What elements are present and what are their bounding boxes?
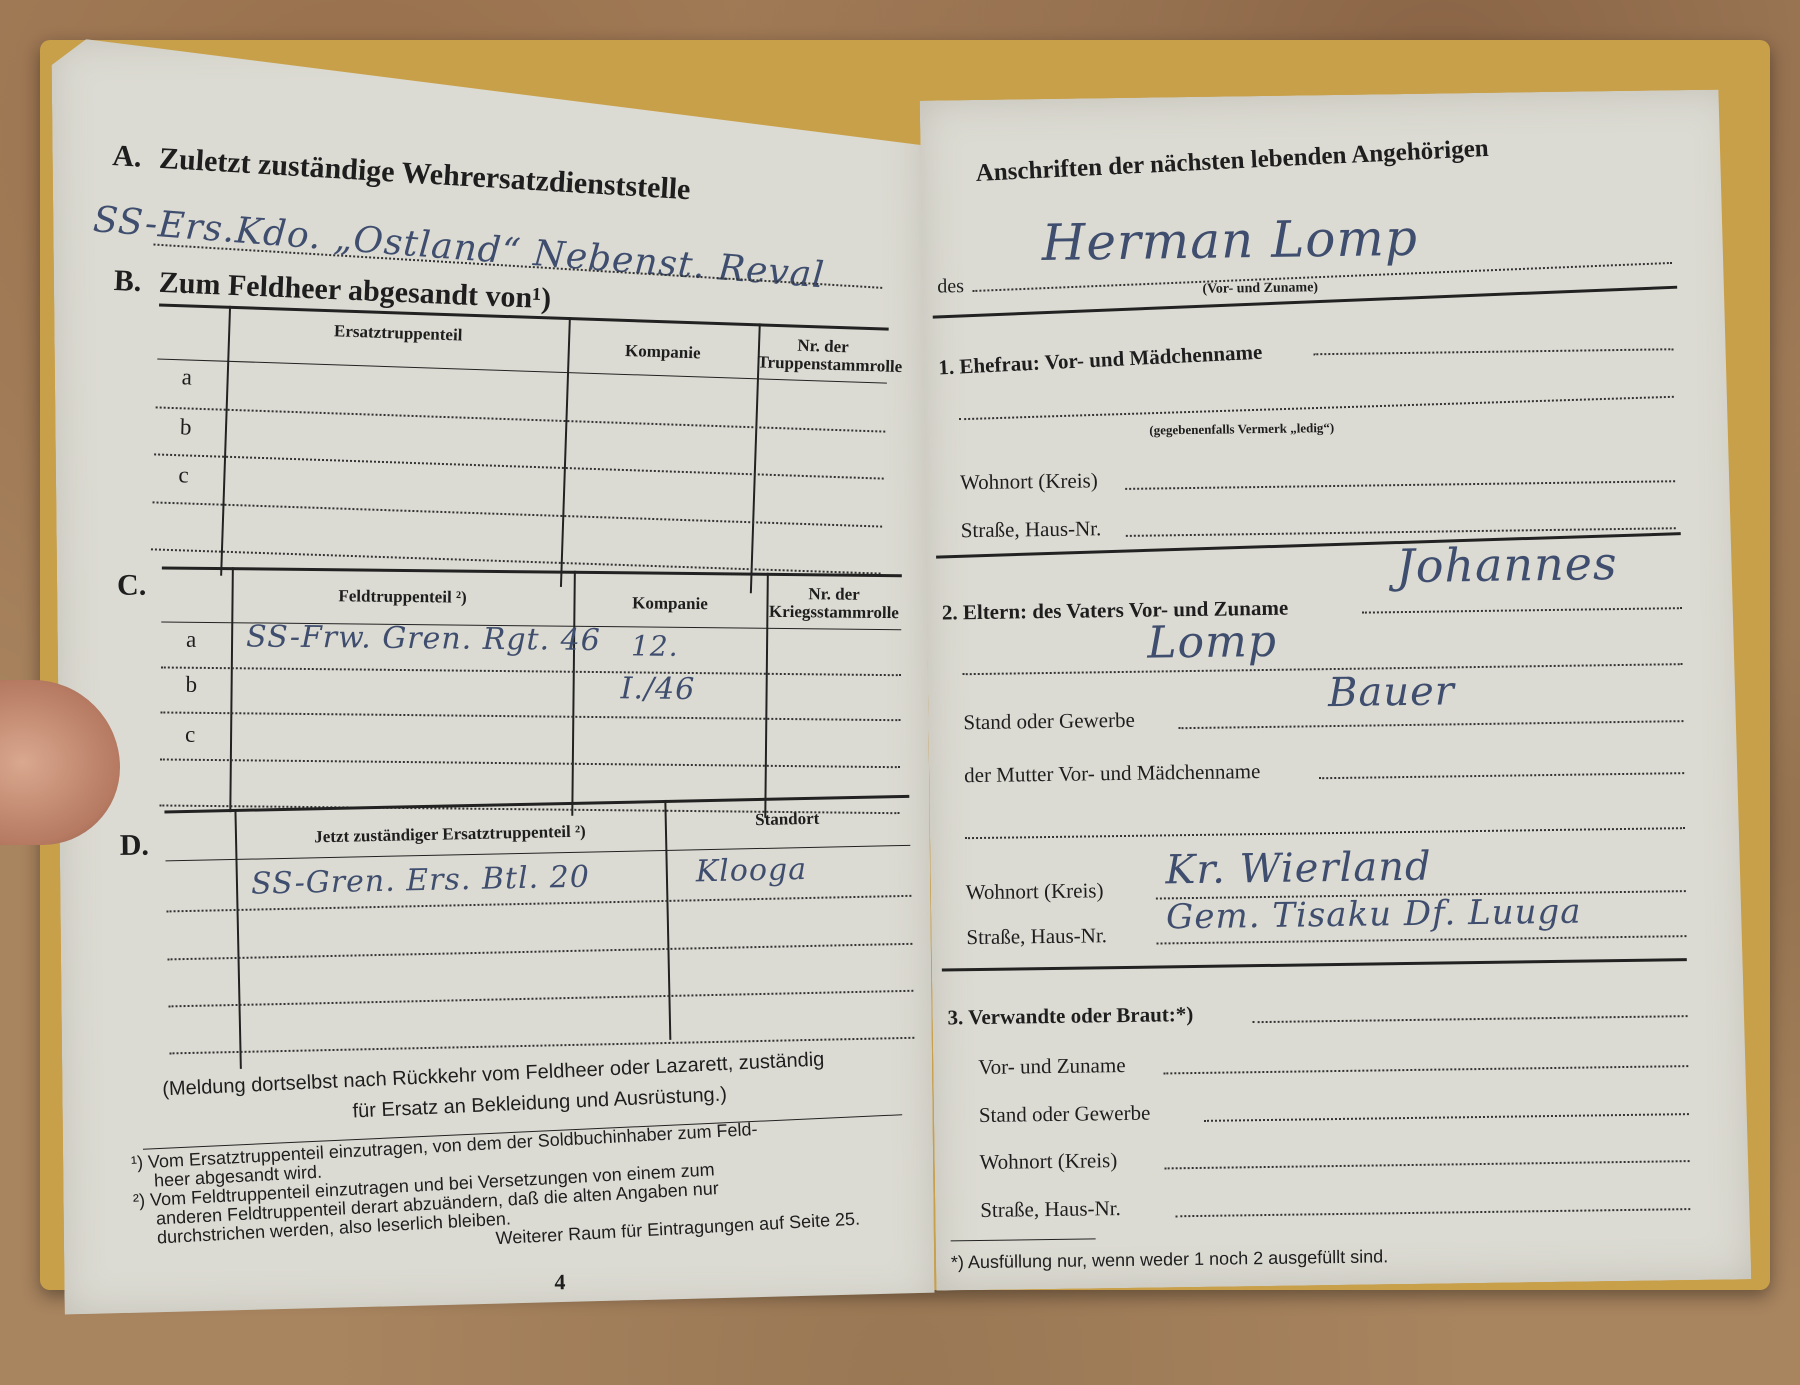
holder-name-caption: (Vor- und Zuname) xyxy=(1202,280,1318,298)
relatives-name-label: Vor- und Zuname xyxy=(978,1053,1126,1080)
col-ersatztruppenteil: Ersatztruppenteil xyxy=(228,318,568,349)
col-kriegsstammrolle: Nr. der Kriegsstammrolle xyxy=(766,585,901,622)
mother-label: der Mutter Vor- und Mädchenname xyxy=(964,759,1261,788)
footnote-rule-right xyxy=(951,1238,1096,1241)
parents-residence-label: Wohnort (Kreis) xyxy=(966,878,1104,905)
relatives-footnote: *) Ausfüllung nur, wenn weder 1 noch 2 a… xyxy=(951,1246,1389,1273)
relatives-occupation-field[interactable] xyxy=(1204,1113,1689,1122)
father-occupation-label: Stand oder Gewerbe xyxy=(963,708,1135,735)
col-kompanie: Kompanie xyxy=(567,339,758,365)
row-label-b: b xyxy=(180,414,192,440)
relatives-label: 3. Verwandte oder Braut:*) xyxy=(947,1002,1193,1030)
mother-name-field[interactable] xyxy=(1319,772,1684,779)
father-last-name[interactable]: Lomp xyxy=(1147,616,1277,669)
relatives-residence-field[interactable] xyxy=(1165,1160,1690,1169)
relatives-residence-label: Wohnort (Kreis) xyxy=(979,1148,1117,1175)
mother-name-field-2[interactable] xyxy=(965,827,1685,839)
col-truppenstammrolle: Nr. der Truppenstammrolle xyxy=(757,335,888,375)
spouse-residence-label: Wohnort (Kreis) xyxy=(960,468,1098,495)
section-c-letter: C. xyxy=(117,569,147,603)
feldtruppenteil-value-a[interactable]: SS-Frw. Gren. Rgt. 46 xyxy=(246,619,601,658)
row-label-c: c xyxy=(178,462,189,488)
father-occupation-value[interactable]: Bauer xyxy=(1328,668,1455,716)
ersatztruppenteil-value[interactable]: SS-Gren. Ers. Btl. 20 xyxy=(251,860,591,902)
father-first-name[interactable]: Johannes xyxy=(1396,536,1618,593)
section-a-letter: A. xyxy=(112,139,143,174)
parents-street-field[interactable] xyxy=(1157,935,1687,944)
row-label-c: c xyxy=(185,722,195,748)
spouse-residence-field[interactable] xyxy=(1125,480,1675,490)
row-label-a: a xyxy=(186,627,196,653)
holder-name-value[interactable]: Herman Lomp xyxy=(1041,209,1418,272)
page-4: A. Zuletzt zuständige Wehrersatzdienstst… xyxy=(51,30,934,1314)
father-name-field[interactable] xyxy=(1362,607,1682,613)
spouse-name-field-2[interactable] xyxy=(959,396,1674,420)
page-5: Anschriften der nächsten lebenden Angehö… xyxy=(920,89,1752,1290)
father-occupation-field[interactable] xyxy=(1179,720,1684,729)
page-number-4: 4 xyxy=(554,1269,565,1295)
row-label-a: a xyxy=(181,364,192,390)
des-label: des xyxy=(937,275,964,298)
kompanie-value-b[interactable]: I./46 xyxy=(620,671,695,707)
section-b-table: Ersatztruppenteil Kompanie Nr. der Trupp… xyxy=(150,303,889,597)
kompanie-value-a[interactable]: 12. xyxy=(631,629,679,662)
footnotes: ¹) Vom Ersatztruppenteil einzutragen, vo… xyxy=(131,1115,861,1268)
col-feldtruppenteil: Feldtruppenteil ²) xyxy=(231,585,573,609)
section-rule-3 xyxy=(942,958,1687,971)
section-a-title: Zuletzt zuständige Wehrersatzdienststell… xyxy=(158,142,691,207)
section-a-heading: A. Zuletzt zuständige Wehrersatzdienstst… xyxy=(112,139,692,207)
spouse-caption: (gegebenenfalls Vermerk „ledig“) xyxy=(1149,420,1334,439)
parents-residence-value[interactable]: Kr. Wierland xyxy=(1165,844,1432,894)
father-name-field-2[interactable] xyxy=(963,663,1683,675)
relatives-field[interactable] xyxy=(1253,1015,1688,1023)
col-standort: Standort xyxy=(665,807,910,832)
spouse-street-label: Straße, Haus-Nr. xyxy=(961,516,1102,543)
page-title: Anschriften der nächsten lebenden Angehö… xyxy=(975,135,1489,188)
relatives-street-field[interactable] xyxy=(1175,1208,1690,1217)
relatives-name-field[interactable] xyxy=(1163,1065,1688,1074)
section-d-table: Jetzt zuständiger Ersatztruppenteil ²) S… xyxy=(164,795,914,1071)
section-b-letter: B. xyxy=(113,264,142,298)
section-c-table: Feldtruppenteil ²) Kompanie Nr. der Krie… xyxy=(159,566,902,819)
spouse-label: 1. Ehefrau: Vor- und Mädchenname xyxy=(938,340,1263,381)
col-ersatztruppenteil-d: Jetzt zuständiger Ersatztruppenteil ²) xyxy=(235,820,665,849)
row-label-b: b xyxy=(185,672,197,698)
section-d-letter: D. xyxy=(120,829,150,863)
relatives-occupation-label: Stand oder Gewerbe xyxy=(979,1101,1151,1128)
col-kompanie-c: Kompanie xyxy=(573,593,766,615)
parents-street-label: Straße, Haus-Nr. xyxy=(966,923,1107,950)
standort-value[interactable]: Klooga xyxy=(695,852,807,889)
spouse-name-field[interactable] xyxy=(1313,348,1673,355)
relatives-street-label: Straße, Haus-Nr. xyxy=(980,1196,1121,1223)
parents-street-value[interactable]: Gem. Tisaku Df. Luuga xyxy=(1166,892,1582,938)
